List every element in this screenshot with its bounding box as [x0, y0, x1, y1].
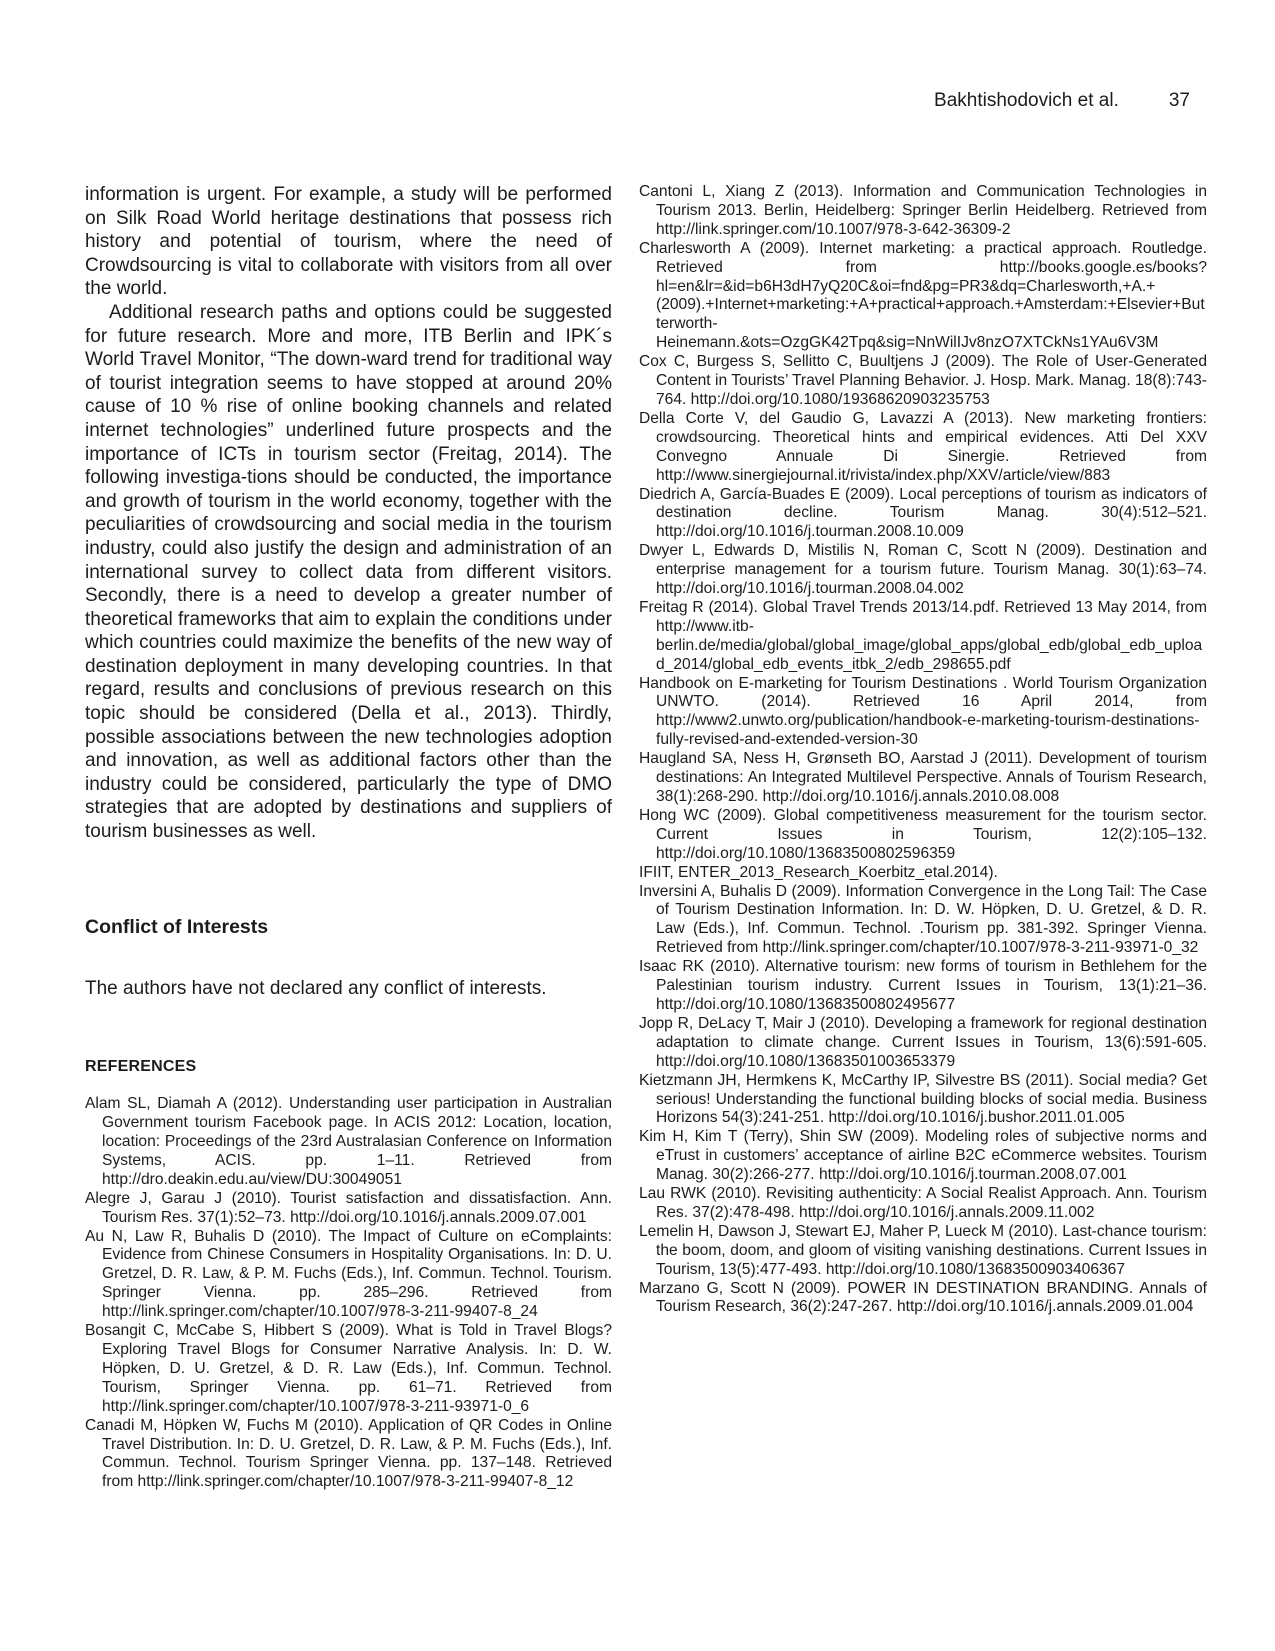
- reference-entry: Charlesworth A (2009). Internet marketin…: [639, 240, 1207, 353]
- reference-entry: Dwyer L, Edwards D, Mistilis N, Roman C,…: [639, 542, 1207, 599]
- body-paragraph: information is urgent. For example, a st…: [85, 183, 612, 301]
- right-column: Cantoni L, Xiang Z (2013). Information a…: [639, 183, 1207, 1492]
- conflict-of-interests-text: The authors have not declared any confli…: [85, 977, 612, 1001]
- reference-entry: Kietzmann JH, Hermkens K, McCarthy IP, S…: [639, 1072, 1207, 1129]
- reference-entry: Jopp R, DeLacy T, Mair J (2010). Develop…: [639, 1015, 1207, 1072]
- body-paragraph: Additional research paths and options co…: [85, 301, 612, 844]
- running-header: Bakhtishodovich et al. 37: [934, 90, 1190, 112]
- left-column: information is urgent. For example, a st…: [85, 183, 612, 1492]
- references-list-left: Alam SL, Diamah A (2012). Understanding …: [85, 1095, 612, 1492]
- references-heading: REFERENCES: [85, 1058, 612, 1076]
- two-column-layout: information is urgent. For example, a st…: [85, 183, 1207, 1492]
- reference-entry: Au N, Law R, Buhalis D (2010). The Impac…: [85, 1228, 612, 1323]
- reference-entry: Handbook on E-marketing for Tourism Dest…: [639, 675, 1207, 751]
- reference-entry: Canadi M, Höpken W, Fuchs M (2010). Appl…: [85, 1417, 612, 1493]
- references-list-right: Cantoni L, Xiang Z (2013). Information a…: [639, 183, 1207, 1317]
- reference-entry: Diedrich A, García-Buades E (2009). Loca…: [639, 486, 1207, 543]
- reference-entry: Lau RWK (2010). Revisiting authenticity:…: [639, 1185, 1207, 1223]
- page-number: 37: [1169, 90, 1190, 112]
- reference-entry: Cantoni L, Xiang Z (2013). Information a…: [639, 183, 1207, 240]
- running-head-authors: Bakhtishodovich et al.: [934, 90, 1119, 112]
- reference-entry: Hong WC (2009). Global competitiveness m…: [639, 807, 1207, 864]
- conflict-of-interests-heading: Conflict of Interests: [85, 916, 612, 939]
- reference-entry: Isaac RK (2010). Alternative tourism: ne…: [639, 958, 1207, 1015]
- reference-entry: Bosangit C, McCabe S, Hibbert S (2009). …: [85, 1322, 612, 1417]
- reference-entry: Inversini A, Buhalis D (2009). Informati…: [639, 883, 1207, 959]
- reference-entry: Alegre J, Garau J (2010). Tourist satisf…: [85, 1190, 612, 1228]
- reference-entry: Freitag R (2014). Global Travel Trends 2…: [639, 599, 1207, 675]
- paper-page: Bakhtishodovich et al. 37 information is…: [0, 0, 1275, 1651]
- reference-entry: Marzano G, Scott N (2009). POWER IN DEST…: [639, 1280, 1207, 1318]
- reference-entry: Haugland SA, Ness H, Grønseth BO, Aarsta…: [639, 750, 1207, 807]
- reference-entry: IFIIT, ENTER_2013_Research_Koerbitz_etal…: [639, 864, 1207, 883]
- reference-entry: Lemelin H, Dawson J, Stewart EJ, Maher P…: [639, 1223, 1207, 1280]
- reference-entry: Alam SL, Diamah A (2012). Understanding …: [85, 1095, 612, 1190]
- reference-entry: Della Corte V, del Gaudio G, Lavazzi A (…: [639, 410, 1207, 486]
- reference-entry: Kim H, Kim T (Terry), Shin SW (2009). Mo…: [639, 1128, 1207, 1185]
- reference-entry: Cox C, Burgess S, Sellitto C, Buultjens …: [639, 353, 1207, 410]
